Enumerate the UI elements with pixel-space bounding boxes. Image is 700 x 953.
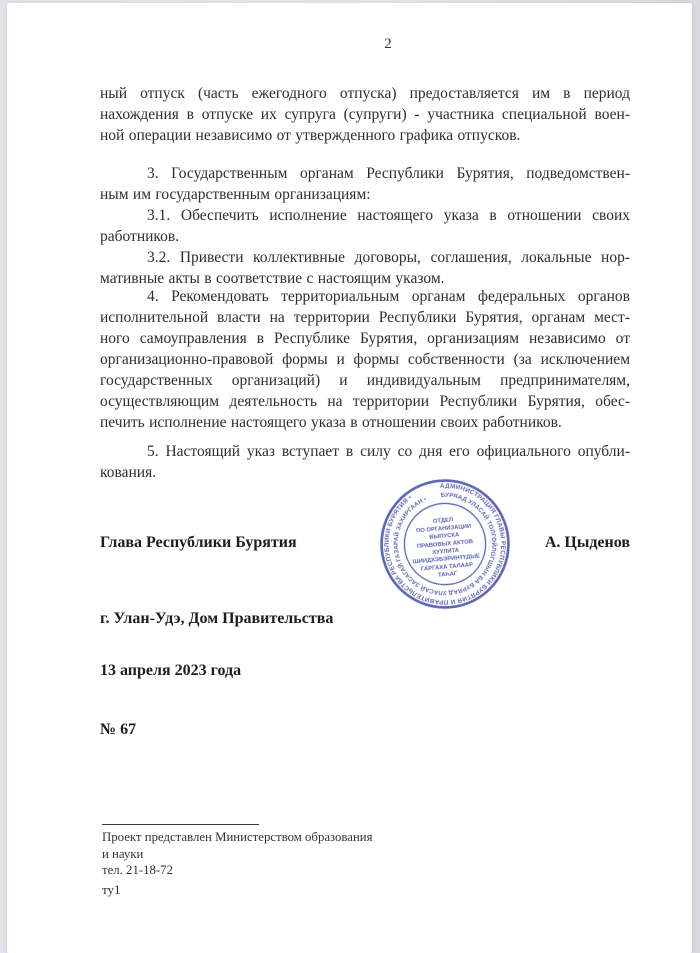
text-line: ной операции независимо от утвержденного… — [100, 125, 630, 146]
text-line: 3.1. Обеспечить исполнение настоящего ук… — [100, 205, 630, 226]
text-line: ным им государственным организациям: — [100, 184, 630, 205]
decree-number: № 67 — [100, 721, 136, 739]
body-paragraph-block: 4. Рекомендовать территориальным органам… — [100, 286, 630, 433]
text-line: организационно-правовой формы и формы со… — [100, 349, 630, 370]
text-line: работников. — [100, 226, 630, 247]
signatory-title: Глава Республики Бурятия — [100, 534, 297, 552]
body-paragraph-block: ный отпуск (часть ежегодного отпуска) пр… — [100, 83, 630, 146]
document-photo: { "document": { "page_number": "2", "blo… — [0, 0, 700, 953]
text-line: осуществляющим деятельность на территори… — [100, 391, 630, 412]
date-line: 13 апреля 2023 года — [100, 662, 241, 680]
page-number: 2 — [100, 36, 630, 53]
body-paragraph-block: 5. Настоящий указ вступает в силу со дня… — [100, 441, 630, 483]
text-line: государственных организаций) и индивидуа… — [100, 370, 630, 391]
official-round-stamp-icon: АДМИНИСТРАЦИЯ ГЛАВЫ РЕСПУБЛИКИ БУРЯТИЯ И… — [371, 470, 518, 617]
text-line: 3.2. Привести коллективные договоры, сог… — [100, 247, 630, 268]
footnote-line: Проект представлен Министерством образов… — [102, 829, 432, 846]
paragraph: ный отпуск (часть ежегодного отпуска) пр… — [100, 83, 630, 146]
text-line: 5. Настоящий указ вступает в силу со дня… — [100, 441, 630, 462]
footnote-line: и науки — [102, 846, 432, 863]
body-paragraph-block: 3. Государственным органам Республики Бу… — [100, 163, 630, 289]
svg-text:ОТДЕЛ: ОТДЕЛ — [433, 517, 454, 525]
text-line: исполнительной власти на территории Респ… — [100, 307, 630, 328]
text-line: кования. — [100, 462, 630, 483]
paragraph: 3.1. Обеспечить исполнение настоящего ук… — [100, 205, 630, 247]
stamp-center-text: ОТДЕЛ ПО ОРГАНИЗАЦИИ ВЫПУСКА ПРАВОВЫХ АК… — [409, 515, 482, 581]
text-line: 4. Рекомендовать территориальным органам… — [100, 286, 630, 307]
signature-row: Глава Республики Бурятия А. Цыденов — [100, 534, 630, 552]
text-line: ного самоуправления в Республике Бурятия… — [100, 328, 630, 349]
signatory-name: А. Цыденов — [545, 534, 630, 552]
paragraph: 3.2. Привести коллективные договоры, сог… — [100, 247, 630, 289]
footnote-line: тел. 21-18-72 — [102, 862, 432, 879]
svg-text:ТАҺАГ: ТАҺАГ — [438, 571, 458, 579]
text-line: нахождения в отпуске их супруга (супруги… — [100, 104, 630, 125]
text-line: 3. Государственным органам Республики Бу… — [100, 163, 630, 184]
text-line: ный отпуск (часть ежегодного отпуска) пр… — [100, 83, 630, 104]
paragraph: 4. Рекомендовать территориальным органам… — [100, 286, 630, 433]
document-page: 2 ный отпуск (часть ежегодного отпуска) … — [7, 3, 692, 953]
place-line: г. Улан-Удэ, Дом Правительства — [100, 610, 333, 628]
footnote: Проект представлен Министерством образов… — [102, 829, 432, 879]
paragraph: 3. Государственным органам Республики Бу… — [100, 163, 630, 205]
typist-code: ту1 — [102, 882, 121, 898]
paragraph: 5. Настоящий указ вступает в силу со дня… — [100, 441, 630, 483]
footnote-divider — [102, 824, 259, 825]
text-line: печить исполнение настоящего указа в отн… — [100, 412, 630, 433]
